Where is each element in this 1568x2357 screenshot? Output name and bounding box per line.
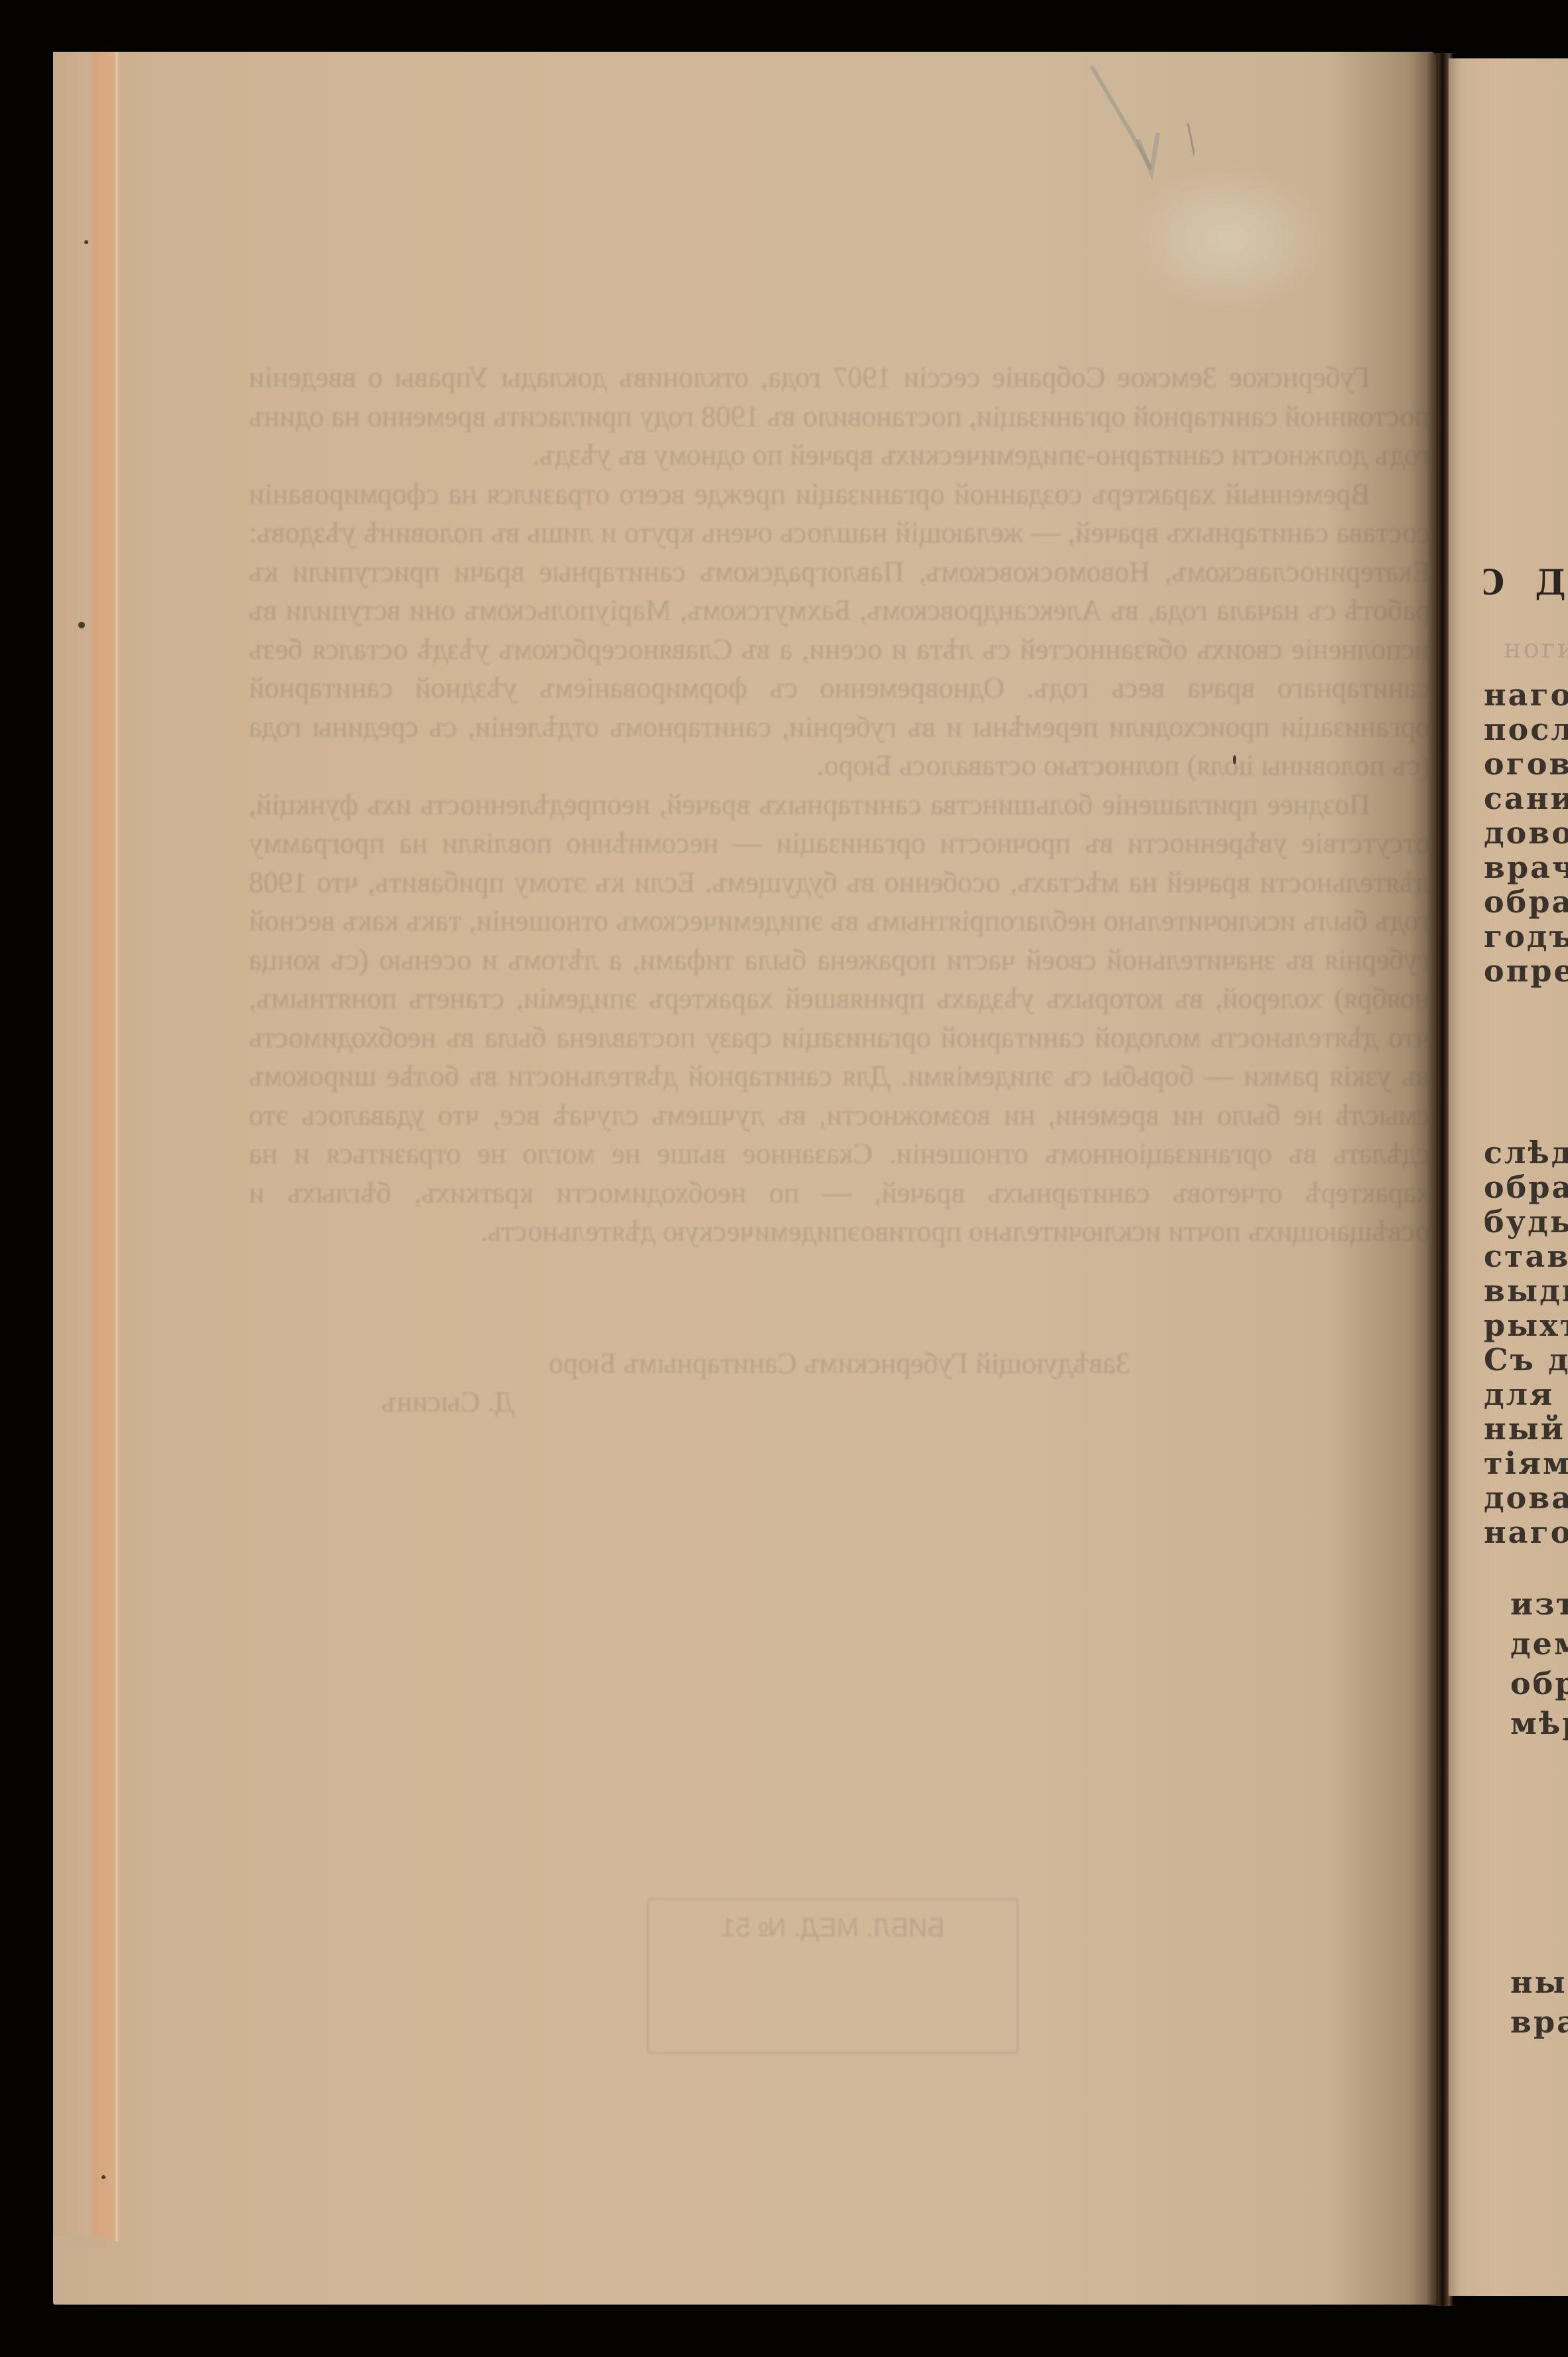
right-line: изъ [1510,1586,1568,1622]
right-line: дем [1510,1626,1568,1662]
right-line: Съ д [1484,1342,1568,1378]
right-line: санит [1484,780,1568,816]
bleed-through-text: Губернское Земское Собраніе сессіи 1907 … [249,358,1430,1422]
right-line: выдн [1484,1273,1568,1309]
right-line: образ [1484,1169,1568,1205]
right-line: послѣ [1484,711,1568,747]
right-line: наго [1484,677,1568,713]
page-fore-edge [53,52,119,2242]
right-line: тіям [1484,1445,1568,1481]
right-line: ный [1484,1411,1565,1447]
bleed-paragraph-3: Позднее приглашеніе большинства санитарн… [249,786,1430,1251]
right-line: годъ [1484,918,1568,954]
page-fore-edge-corner [53,2236,106,2248]
dust-speck [1233,755,1236,764]
right-page-faint-line: ноги [1504,634,1568,664]
right-line: будь [1484,1204,1568,1240]
dust-speck [84,240,88,244]
right-line: врачи [1484,849,1568,885]
right-line: для [1484,1376,1554,1412]
right-line: вра [1510,2004,1568,2040]
right-page-heading: О ДѢ [1484,563,1568,603]
pencil-mark-icon [1088,60,1194,212]
right-line: довол [1484,815,1568,851]
dust-speck [78,622,85,628]
right-line: стави [1484,1238,1568,1274]
right-line: мѣр [1510,1705,1568,1741]
right-line: рыхт [1484,1307,1568,1343]
right-line: ны [1510,1964,1567,2000]
right-line: обраг [1484,884,1568,920]
bleed-paragraph-2: Временный характеръ созданной организаці… [249,475,1430,786]
right-line: наго [1484,1514,1568,1550]
bleed-paragraph-1: Губернское Земское Собраніе сессіи 1907 … [249,358,1430,475]
right-line: огово [1484,746,1568,782]
bleed-signature-name: Д. Сысинъ [249,1383,1430,1422]
bleed-signature-title: Завѣдующій Губернскимъ Санитарнымъ Бюро [249,1344,1430,1384]
stamp-text: БИБЛ. МЕД. № 51 [721,1913,945,1942]
right-line: опред [1484,953,1568,989]
library-stamp: БИБЛ. МЕД. № 51 [647,1898,1019,2054]
right-line: слѣд [1484,1135,1568,1171]
dust-speck [102,2175,106,2179]
right-line: обр [1510,1666,1568,1701]
right-page-text: О ДѢ ноги наго послѣ огово санит довол в… [1484,0,1568,2357]
right-line: дова [1484,1480,1568,1516]
